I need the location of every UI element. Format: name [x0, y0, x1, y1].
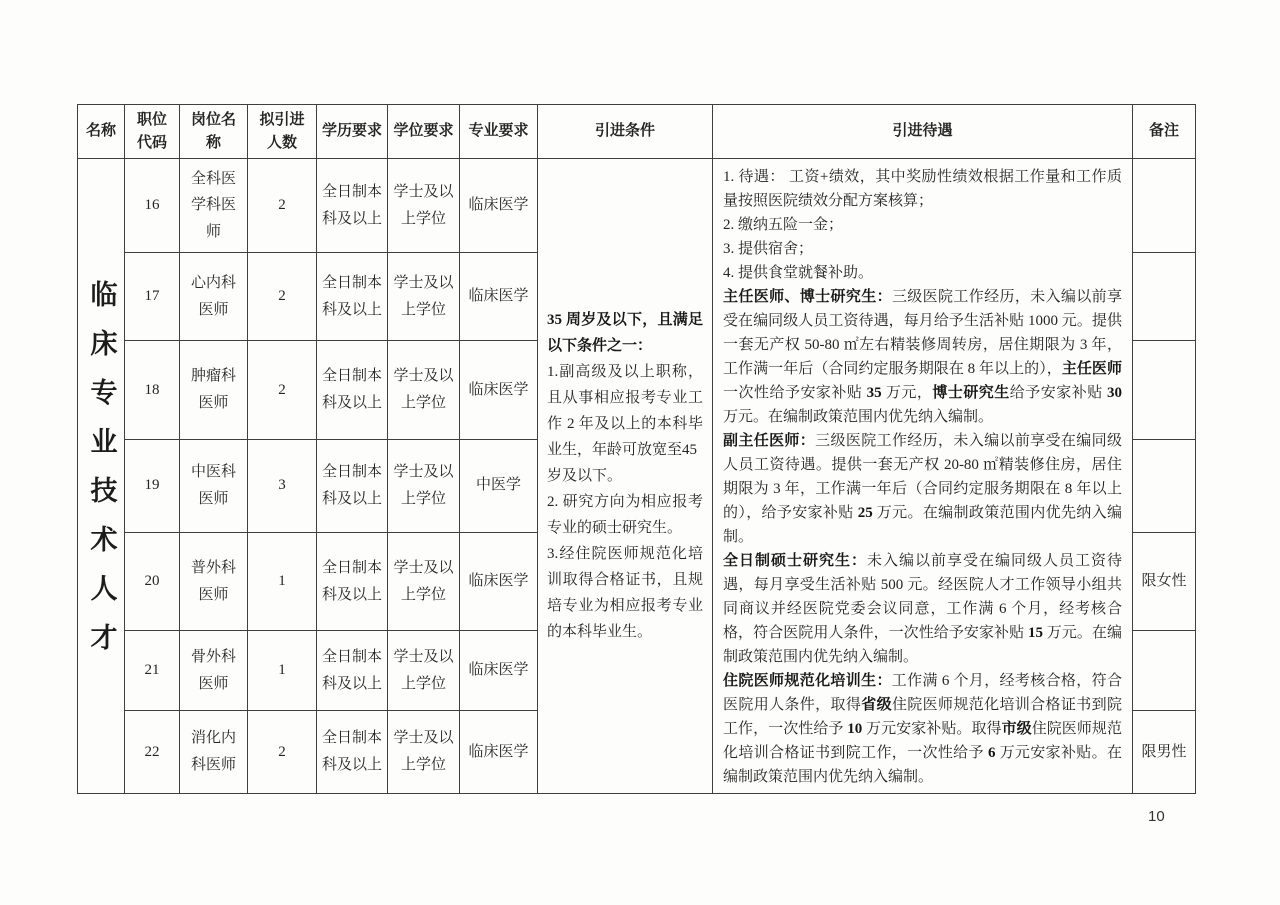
header-degree: 学位要求 — [388, 105, 460, 159]
major-cell: 中医学 — [460, 439, 538, 532]
major-cell: 临床医学 — [460, 631, 538, 711]
header-headcount: 拟引进人数 — [248, 105, 317, 159]
job-title-cell: 心内科医师 — [180, 253, 248, 341]
degree-cell: 学士及以上学位 — [388, 253, 460, 341]
degree-cell: 学士及以上学位 — [388, 532, 460, 630]
rich-paragraph: 3.经住院医师规范化培训取得合格证书，且规培专业为相应报考专业的本科毕业生。 — [547, 541, 703, 645]
headcount-cell: 2 — [248, 159, 317, 253]
header-conditions: 引进条件 — [538, 105, 713, 159]
remark-cell: 限女性 — [1133, 532, 1196, 630]
degree-cell: 学士及以上学位 — [388, 159, 460, 253]
remark-cell: 限男性 — [1133, 711, 1196, 794]
rich-paragraph: 2. 研究方向为相应报考专业的硕士研究生。 — [547, 489, 703, 541]
position-code-cell: 21 — [125, 631, 180, 711]
header-remark: 备注 — [1133, 105, 1196, 159]
header-major: 专业要求 — [460, 105, 538, 159]
recruitment-table: 名称 职位代码 岗位名称 拟引进人数 学历要求 学位要求 专业要求 引进条件 引… — [77, 104, 1196, 794]
rich-paragraph: 4. 提供食堂就餐补助。 — [723, 261, 1122, 285]
document-page: 名称 职位代码 岗位名称 拟引进人数 学历要求 学位要求 专业要求 引进条件 引… — [0, 0, 1280, 905]
page-number: 10 — [1148, 808, 1165, 825]
degree-cell: 学士及以上学位 — [388, 631, 460, 711]
rich-paragraph: 3. 提供宿舍； — [723, 237, 1122, 261]
education-cell: 全日制本科及以上 — [317, 439, 388, 532]
rich-paragraph: 副主任医师：三级医院工作经历，未入编以前享受在编同级人员工资待遇。提供一套无产权… — [723, 429, 1122, 549]
education-cell: 全日制本科及以上 — [317, 159, 388, 253]
major-cell: 临床医学 — [460, 341, 538, 439]
degree-cell: 学士及以上学位 — [388, 439, 460, 532]
education-cell: 全日制本科及以上 — [317, 631, 388, 711]
header-education: 学历要求 — [317, 105, 388, 159]
rich-paragraph: 2. 缴纳五险一金； — [723, 213, 1122, 237]
remark-cell — [1133, 159, 1196, 253]
education-cell: 全日制本科及以上 — [317, 532, 388, 630]
education-cell: 全日制本科及以上 — [317, 253, 388, 341]
rich-paragraph: 1. 待遇： 工资+绩效，其中奖励性绩效根据工作量和工作质量按照医院绩效分配方案… — [723, 165, 1122, 213]
header-row: 名称 职位代码 岗位名称 拟引进人数 学历要求 学位要求 专业要求 引进条件 引… — [78, 105, 1196, 159]
major-cell: 临床医学 — [460, 159, 538, 253]
category-label: 临床专业技术人才 — [88, 280, 115, 672]
rich-paragraph: 35 周岁及以下，且满足以下条件之一： — [547, 307, 703, 359]
header-position-code: 职位代码 — [125, 105, 180, 159]
headcount-cell: 2 — [248, 341, 317, 439]
position-code-cell: 20 — [125, 532, 180, 630]
job-title-cell: 普外科医师 — [180, 532, 248, 630]
header-benefits: 引进待遇 — [713, 105, 1133, 159]
category-cell: 临床专业技术人才 — [78, 159, 125, 794]
remark-cell — [1133, 439, 1196, 532]
position-code-cell: 22 — [125, 711, 180, 794]
job-title-cell: 中医科医师 — [180, 439, 248, 532]
remark-cell — [1133, 253, 1196, 341]
table-row: 临床专业技术人才 16 全科医学科医师 2 全日制本科及以上 学士及以上学位 临… — [78, 159, 1196, 253]
conditions-cell: 35 周岁及以下，且满足以下条件之一：1.副高级及以上职称，且从事相应报考专业工… — [538, 159, 713, 794]
headcount-cell: 1 — [248, 631, 317, 711]
remark-cell — [1133, 631, 1196, 711]
job-title-cell: 消化内科医师 — [180, 711, 248, 794]
rich-paragraph: 1.副高级及以上职称，且从事相应报考专业工作 2 年及以上的本科毕业生，年龄可放… — [547, 359, 703, 463]
headcount-cell: 1 — [248, 532, 317, 630]
education-cell: 全日制本科及以上 — [317, 341, 388, 439]
position-code-cell: 19 — [125, 439, 180, 532]
header-name: 名称 — [78, 105, 125, 159]
headcount-cell: 2 — [248, 711, 317, 794]
headcount-cell: 2 — [248, 253, 317, 341]
rich-paragraph: 主任医师、博士研究生：三级医院工作经历，未入编以前享受在编同级人员工资待遇，每月… — [723, 285, 1122, 429]
job-title-cell: 肿瘤科医师 — [180, 341, 248, 439]
degree-cell: 学士及以上学位 — [388, 341, 460, 439]
position-code-cell: 17 — [125, 253, 180, 341]
major-cell: 临床医学 — [460, 711, 538, 794]
headcount-cell: 3 — [248, 439, 317, 532]
rich-paragraph: 住院医师规范化培训生：工作满 6 个月，经考核合格，符合医院用人条件，取得省级住… — [723, 669, 1122, 789]
major-cell: 临床医学 — [460, 253, 538, 341]
rich-paragraph: 全日制硕士研究生：未入编以前享受在编同级人员工资待遇，每月享受生活补贴 500 … — [723, 549, 1122, 669]
position-code-cell: 18 — [125, 341, 180, 439]
remark-cell — [1133, 341, 1196, 439]
education-cell: 全日制本科及以上 — [317, 711, 388, 794]
job-title-cell: 骨外科医师 — [180, 631, 248, 711]
major-cell: 临床医学 — [460, 532, 538, 630]
header-job-title: 岗位名称 — [180, 105, 248, 159]
benefits-cell: 1. 待遇： 工资+绩效，其中奖励性绩效根据工作量和工作质量按照医院绩效分配方案… — [713, 159, 1133, 794]
rich-paragraph: 岁及以下。 — [547, 463, 703, 489]
position-code-cell: 16 — [125, 159, 180, 253]
job-title-cell: 全科医学科医师 — [180, 159, 248, 253]
degree-cell: 学士及以上学位 — [388, 711, 460, 794]
